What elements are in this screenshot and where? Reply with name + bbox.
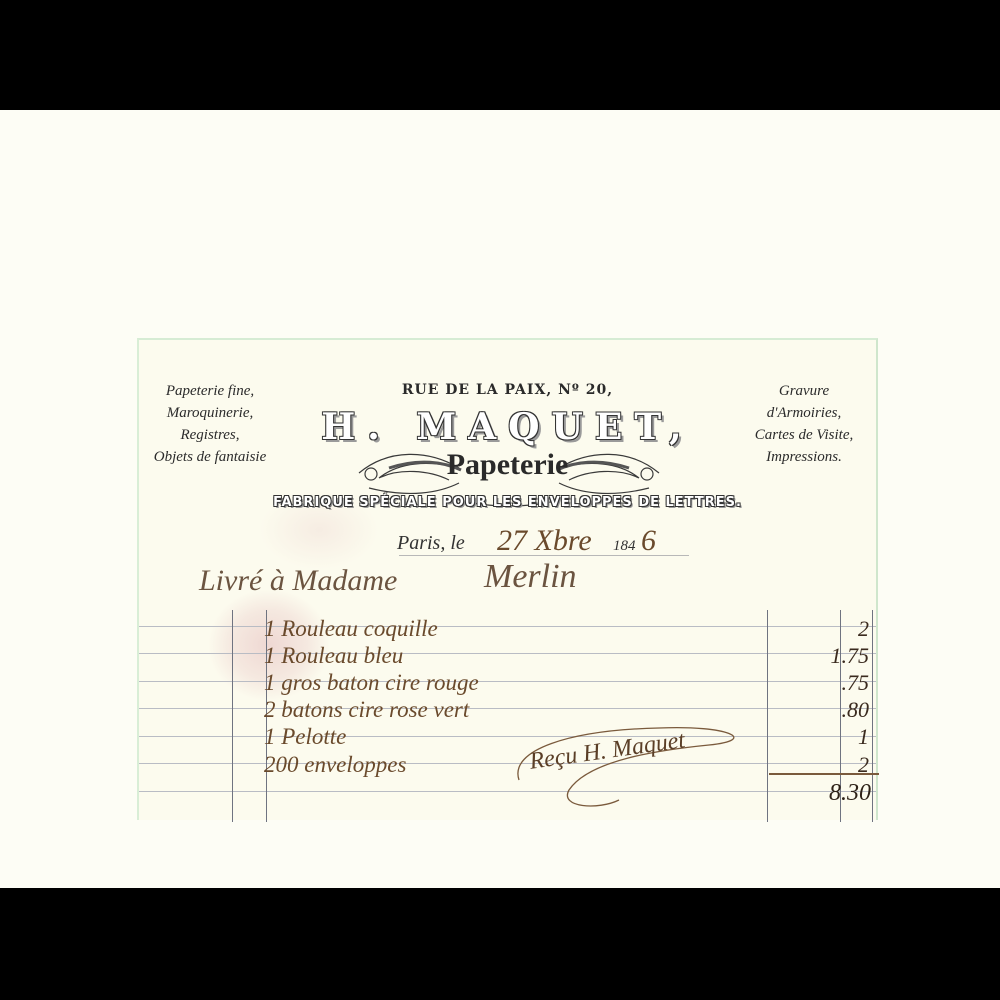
trade-title: Papeterie [139,448,876,482]
ruled-line [139,626,876,627]
item-amount: 2 [789,752,869,778]
specialty-line: FABRIQUE SPÉCIALE POUR LES ENVELOPPES DE… [139,495,876,510]
place-label: Paris, le [397,532,465,555]
item-description: 1 gros baton cire rouge [264,670,479,696]
item-description: 1 Pelotte [264,724,346,750]
shop-address: RUE DE LA PAIX, Nº 20, [139,382,876,398]
item-amount: 1 [789,724,869,750]
item-description: 200 enveloppes [264,752,406,778]
invoice-total: 8.30 [779,780,871,807]
ruled-line [139,708,876,709]
amount-column-line [767,610,768,822]
handwritten-date: 27 Xbre [497,524,592,558]
invoice-document: Papeterie fine, Maroquinerie, Registres,… [137,338,878,820]
item-description: 1 Rouleau coquille [264,616,438,642]
item-description: 1 Rouleau bleu [264,643,403,669]
item-amount: .75 [789,670,869,696]
ruled-line [139,681,876,682]
mat-background: Papeterie fine, Maroquinerie, Registres,… [0,110,1000,888]
year-suffix: 6 [641,524,656,558]
ruled-line [139,736,876,737]
item-amount: 1.75 [789,643,869,669]
ruled-line [139,653,876,654]
ruled-line [139,763,876,764]
recipient-name: Merlin [484,558,577,596]
right-column-line [872,610,873,822]
delivered-to-label: Livré à Madame [199,564,397,598]
ruled-line [139,791,876,792]
item-amount: 2 [789,616,869,642]
item-amount: .80 [789,697,869,723]
item-description: 2 batons cire rose vert [264,697,469,723]
margin-line [232,610,233,822]
year-prefix: 184 [613,538,636,555]
